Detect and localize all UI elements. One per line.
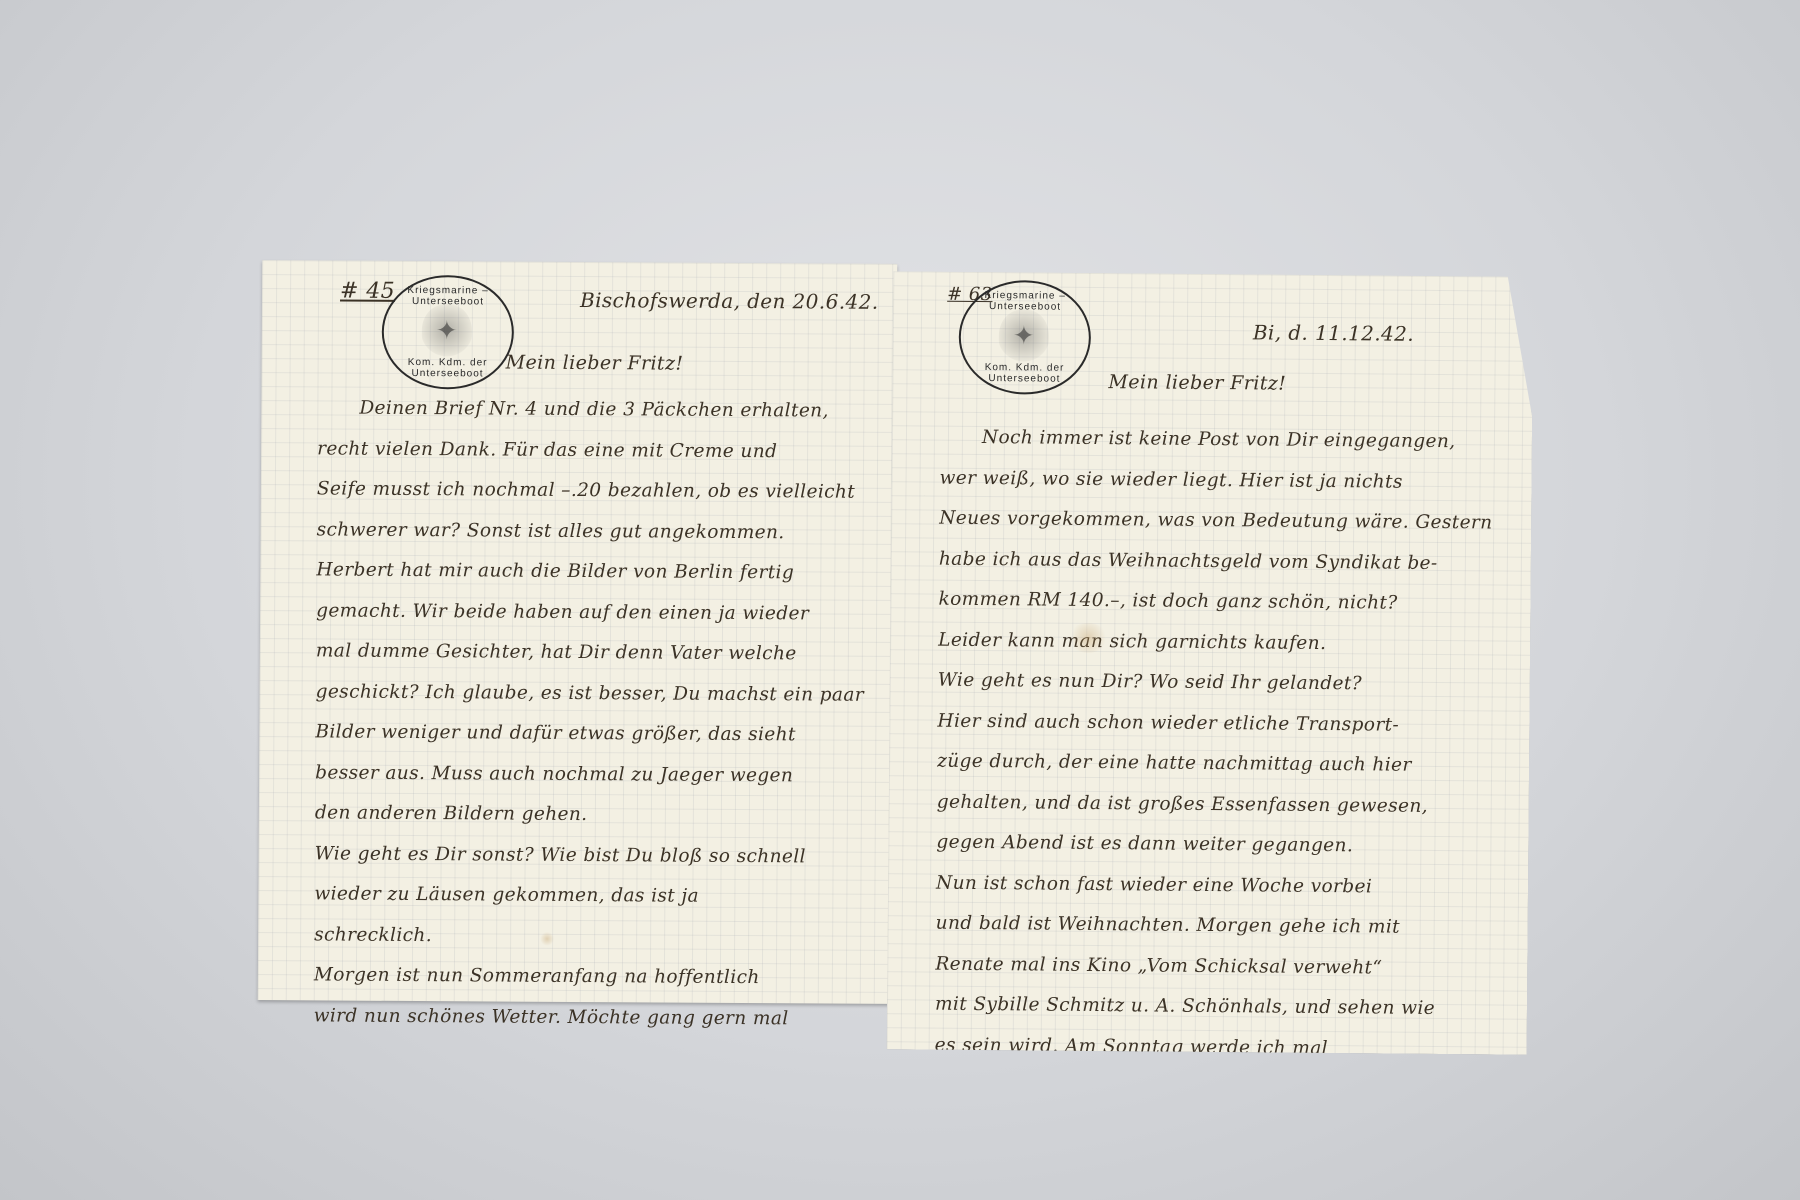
letter-line: schwerer war? Sonst ist alles gut angeko…	[316, 510, 865, 554]
letter-body: Noch immer ist keine Post von Dir eingeg…	[934, 418, 1493, 1071]
paper-stain	[540, 932, 554, 946]
letter-line: Herbert hat mir auch die Bilder von Berl…	[316, 550, 865, 594]
letter-line: schrecklich.	[314, 915, 863, 959]
letter-line: habe ich aus das Weihnachtsgeld vom Synd…	[939, 539, 1493, 584]
letter-dateline: Bi, d. 11.12.42.	[1253, 320, 1414, 345]
letter-line: gehalten, und da ist großes Essenfassen …	[937, 782, 1491, 827]
stamp-bottom-text: Kom. Kdm. der Unterseeboot	[960, 362, 1088, 385]
censorship-stamp: Kriegsmarine – Unterseeboot ✦ Kom. Kdm. …	[958, 280, 1091, 395]
letter-line: Wie geht es nun Dir? Wo seid Ihr gelande…	[938, 661, 1492, 706]
letter-line: gemacht. Wir beide haben auf den einen j…	[316, 591, 865, 635]
letter-line: Wie geht es Dir sonst? Wie bist Du bloß …	[315, 834, 864, 878]
letter-line: Seife musst ich nochmal –.20 bezahlen, o…	[317, 469, 866, 513]
letter-salutation: Mein lieber Fritz!	[506, 352, 684, 375]
letter-line: geschickt? Ich glaube, es ist besser, Du…	[316, 672, 865, 716]
eagle-emblem-icon: ✦	[422, 303, 472, 357]
letter-line: Bilder weniger und dafür etwas größer, d…	[315, 712, 864, 756]
letter-line: den anderen Bildern gehen.	[315, 793, 864, 837]
letter-line: und bald ist Weihnachten. Morgen gehe ic…	[936, 904, 1490, 949]
letter-line: Nun ist schon fast wieder eine Woche vor…	[936, 863, 1490, 908]
paper-stain	[1068, 623, 1108, 653]
letter-line: mit Sybille Schmitz u. A. Schönhals, und…	[935, 985, 1489, 1030]
letter-line: Renate mal ins Kino „Vom Schicksal verwe…	[935, 944, 1489, 989]
letter-line: es sein wird. Am Sonntag werde ich mal	[934, 1025, 1488, 1070]
letter-line: wird nun schönes Wetter. Möchte gang ger…	[314, 996, 863, 1040]
letter-left-sheet: # 45 Kriegsmarine – Unterseeboot ✦ Kom. …	[258, 260, 898, 1004]
letter-right-sheet: # 63 Kriegsmarine – Unterseeboot ✦ Kom. …	[887, 271, 1534, 1055]
letter-line: Hier sind auch schon wieder etliche Tran…	[937, 701, 1491, 746]
letter-body: Deinen Brief Nr. 4 und die 3 Päckchen er…	[314, 388, 866, 1039]
letter-line: recht vielen Dank. Für das eine mit Crem…	[317, 429, 866, 473]
letter-line: wieder zu Läusen gekommen, das ist ja	[314, 874, 863, 918]
letter-line: Leider kann man sich garnichts kaufen.	[938, 620, 1492, 665]
letter-line: Deinen Brief Nr. 4 und die 3 Päckchen er…	[317, 388, 866, 432]
censorship-stamp: Kriegsmarine – Unterseeboot ✦ Kom. Kdm. …	[381, 275, 514, 390]
letter-line: gegen Abend ist es dann weiter gegangen.	[936, 823, 1490, 868]
stamp-bottom-text: Kom. Kdm. der Unterseeboot	[384, 357, 512, 380]
letter-salutation: Mein lieber Fritz!	[1108, 371, 1286, 395]
eagle-emblem-icon: ✦	[999, 308, 1049, 362]
letter-line: wer weiß, wo sie wieder liegt. Hier ist …	[939, 458, 1493, 503]
letter-line: mal dumme Gesichter, hat Dir denn Vater …	[316, 631, 865, 675]
letter-dateline: Bischofswerda, den 20.6.42.	[580, 288, 879, 314]
letter-line: kommen RM 140.–, ist doch ganz schön, ni…	[938, 580, 1492, 625]
letter-line: Noch immer ist keine Post von Dir eingeg…	[940, 418, 1494, 463]
letter-line: Neues vorgekommen, was von Bedeutung wär…	[939, 499, 1493, 544]
letter-line: besser aus. Muss auch nochmal zu Jaeger …	[315, 753, 864, 797]
letter-line: züge durch, der eine hatte nachmittag au…	[937, 742, 1491, 787]
letter-line: Morgen ist nun Sommeranfang na hoffentli…	[314, 955, 863, 999]
